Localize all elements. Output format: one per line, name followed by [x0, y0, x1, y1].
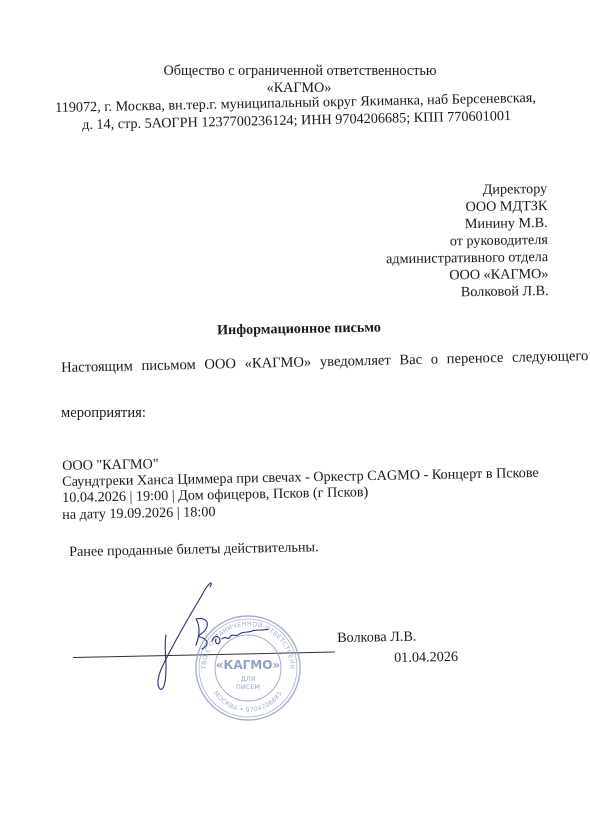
tickets-note: Ранее проданные билеты действительны.	[69, 539, 319, 561]
event-new-date: на дату 19.09.2026 | 18:00	[62, 504, 216, 524]
recipient-block: Директору ООО МДТЗК Минину М.В. от руков…	[385, 181, 549, 302]
letter-date: 01.04.2026	[394, 649, 458, 667]
org-legal-form: Общество с ограниченной ответственностью	[0, 63, 590, 79]
recipient-line: Волковой Л.В.	[386, 283, 548, 302]
signer-name: Волкова Л.В.	[337, 629, 417, 647]
letter-intro: Настоящим письмом ООО «КАГМО» уведомляет…	[61, 348, 589, 377]
letter-intro-continued: мероприятия:	[61, 405, 146, 422]
handwritten-signature	[130, 575, 270, 695]
letter-title: Информационное письмо	[0, 316, 590, 343]
